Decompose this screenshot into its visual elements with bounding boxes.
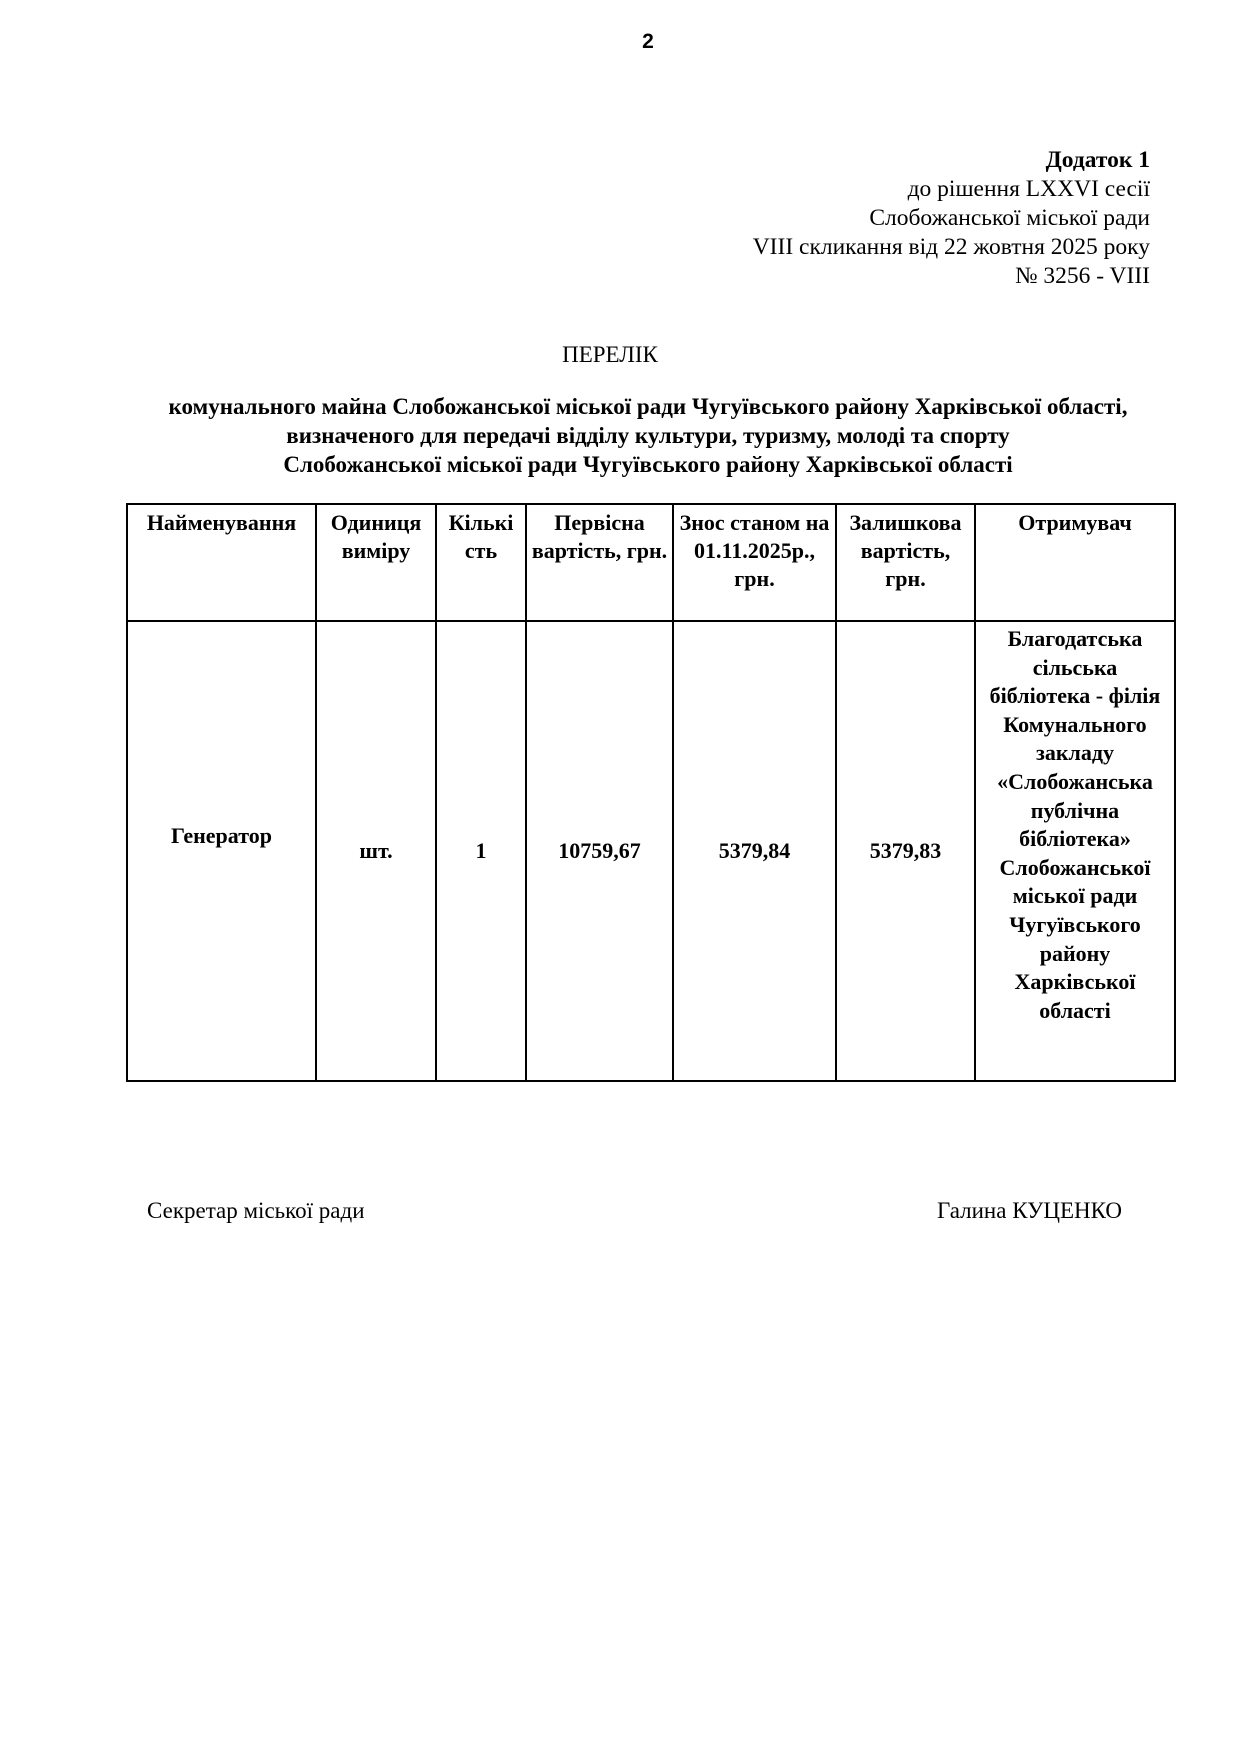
header-unit: Одиниця виміру [316,504,436,621]
subtitle-line: Слобожанської міської ради Чугуївського … [0,450,1240,479]
header-name: Найменування [127,504,316,621]
appendix-line: № 3256 - VIII [753,262,1150,291]
cell-recipient: Благодатська сільська бібліотека - філія… [975,621,1175,1081]
appendix-title: Додаток 1 [753,146,1150,175]
appendix-line: Слобожанської міської ради [753,204,1150,233]
header-depreciation: Знос станом на 01.11.2025р., грн. [673,504,836,621]
subtitle-line: комунального майна Слобожанської міської… [0,392,1240,421]
table-header-row: Найменування Одиниця виміру Кількі сть П… [127,504,1175,621]
header-residual-value: Залишкова вартість, грн. [836,504,975,621]
header-quantity: Кількі сть [436,504,526,621]
header-quantity-text: Кількі сть [449,510,514,563]
appendix-block: Додаток 1 до рішення LXXVI сесії Слобожа… [753,146,1150,291]
document-subtitle: комунального майна Слобожанської міської… [0,392,1240,479]
cell-depreciation: 5379,84 [673,621,836,1081]
page-number: 2 [0,30,1240,54]
property-table: Найменування Одиниця виміру Кількі сть П… [126,503,1176,1082]
cell-quantity: 1 [436,621,526,1081]
cell-name: Генератор [127,621,316,1081]
subtitle-line: визначеного для передачі відділу культур… [0,421,1240,450]
appendix-line: до рішення LXXVI сесії [753,175,1150,204]
cell-unit: шт. [316,621,436,1081]
cell-initial-value: 10759,67 [526,621,673,1081]
cell-residual-value: 5379,83 [836,621,975,1081]
header-initial-value: Первісна вартість, грн. [526,504,673,621]
signature-position: Секретар міської ради [147,1198,365,1224]
appendix-line: VIII скликання від 22 жовтня 2025 року [753,233,1150,262]
table-row: Генератор шт. 1 10759,67 5379,84 5379,83… [127,621,1175,1081]
header-unit-text: Одиниця виміру [331,510,422,563]
document-title: ПЕРЕЛІК [0,342,1220,368]
header-recipient: Отримувач [975,504,1175,621]
signature-name: Галина КУЦЕНКО [937,1198,1122,1224]
